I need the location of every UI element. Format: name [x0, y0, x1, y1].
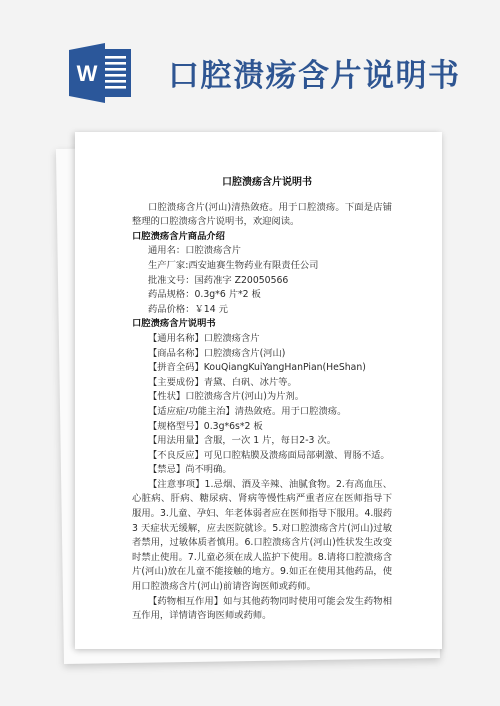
- field-dosage: 【用法用量】含服，一次 1 片，每日2-3 次。: [132, 434, 392, 449]
- banner-title: 口腔溃疡含片说明书: [168, 50, 461, 95]
- document-page: 口腔溃疡含片说明书 口腔溃疡含片(河山)清热敛疮。用于口腔溃疡。下面是店铺整理的…: [75, 132, 442, 649]
- field-drug-interactions: 【药物相互作用】如与其他药物同时使用可能会发生药物相互作用，详情请咨询医师或药师…: [132, 595, 392, 624]
- field-ingredients: 【主要成份】青黛、白矾、冰片等。: [132, 376, 392, 391]
- document-title: 口腔溃疡含片说明书: [142, 176, 392, 191]
- info-generic-name: 通用名：口腔溃疡含片: [132, 244, 392, 259]
- field-trade-name: 【商品名称】口腔溃疡含片(河山): [132, 347, 392, 362]
- field-pinyin: 【拼音全码】KouQiangKuiYangHanPian(HeShan): [132, 361, 392, 376]
- field-indications: 【适应症/功能主治】清热敛疮。用于口腔溃疡。: [132, 405, 392, 420]
- info-manufacturer: 生产厂家:西安迪赛生物药业有限责任公司: [132, 259, 392, 274]
- banner: W 口腔溃疡含片说明书: [0, 0, 500, 130]
- word-document-icon: W: [69, 43, 133, 103]
- info-specification: 药品规格：0.3g*6 片*2 板: [132, 288, 392, 303]
- field-adverse-reactions: 【不良反应】可见口腔粘膜及溃疡面局部刺激、胃肠不适。: [132, 449, 392, 464]
- info-price: 药品价格：￥14 元: [132, 303, 392, 318]
- field-appearance: 【性状】口腔溃疡含片(河山)为片剂。: [132, 390, 392, 405]
- field-precautions: 【注意事项】1.忌烟、酒及辛辣、油腻食物。2.有高血压、心脏病、肝病、糖尿病、肾…: [132, 478, 392, 595]
- info-approval-number: 批准文号：国药准字 Z20050566: [132, 274, 392, 289]
- field-model: 【规格型号】0.3g*6s*2 板: [132, 420, 392, 435]
- field-generic-name: 【通用名称】口腔溃疡含片: [132, 332, 392, 347]
- svg-text:W: W: [77, 61, 98, 86]
- section-heading-product-intro: 口腔溃疡含片商品介绍: [132, 230, 392, 245]
- document-body: 口腔溃疡含片说明书 口腔溃疡含片(河山)清热敛疮。用于口腔溃疡。下面是店铺整理的…: [132, 176, 392, 624]
- section-heading-instructions: 口腔溃疡含片说明书: [132, 317, 392, 332]
- field-contraindications: 【禁忌】尚不明确。: [132, 463, 392, 478]
- intro-paragraph: 口腔溃疡含片(河山)清热敛疮。用于口腔溃疡。下面是店铺整理的口腔溃疡含片说明书，…: [132, 201, 392, 230]
